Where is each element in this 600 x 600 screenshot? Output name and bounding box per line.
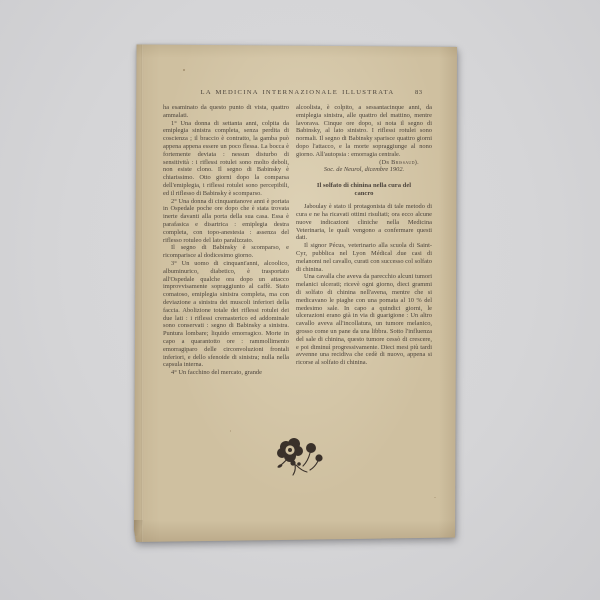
paragraph: 4° Un facchino del mercato, grande (163, 369, 289, 377)
paragraph: Il signor Pécus, veterinario alla scuola… (296, 242, 432, 273)
paper-speck (183, 69, 185, 71)
page-shadow: LA MEDICINA INTERNAZIONALE ILLUSTRATA 83… (134, 42, 457, 542)
right-column: alcoolista, è colpito, a sessantacinque … (296, 104, 432, 464)
paragraph: 2° Una donna di cinquantanove anni è por… (163, 198, 289, 245)
journal-title: LA MEDICINA INTERNAZIONALE ILLUSTRATA (163, 89, 432, 96)
paragraph: ha esaminato da questo punto di vista, q… (163, 104, 289, 120)
journal-page: LA MEDICINA INTERNAZIONALE ILLUSTRATA 83… (134, 42, 457, 542)
flower-ornament (272, 435, 334, 483)
article-heading: Il solfato di chinina nella cura del can… (309, 182, 419, 198)
binding-crease (141, 42, 144, 542)
paper-speck (434, 497, 436, 498)
running-header: LA MEDICINA INTERNAZIONALE ILLUSTRATA 83 (163, 89, 432, 99)
left-column: ha esaminato da questo punto di vista, q… (163, 104, 289, 464)
page-number: 83 (415, 89, 423, 96)
paragraph: Il segno di Babinsky è scomparso, e rico… (163, 244, 289, 260)
paragraph: 1° Una donna di settanta anni, colpita d… (163, 120, 289, 198)
paragraph: Una cavalla che aveva da parecchio alcun… (296, 273, 432, 367)
paragraph: alcoolista, è colpito, a sessantacinque … (296, 104, 432, 159)
paragraph: Jaboulay è stato il protagonista di tale… (296, 203, 432, 242)
text-block: ha esaminato da questo punto di vista, q… (163, 104, 432, 464)
source-line: Soc. de Neurol, dicembre 1902. (296, 166, 432, 174)
paragraph: 3° Un uomo di cinquant'anni, alcoolico, … (163, 260, 289, 369)
photo-background: LA MEDICINA INTERNAZIONALE ILLUSTRATA 83… (0, 0, 600, 600)
author-signature: (Dr Brissaud). (296, 159, 432, 167)
corner-fold (134, 520, 143, 536)
